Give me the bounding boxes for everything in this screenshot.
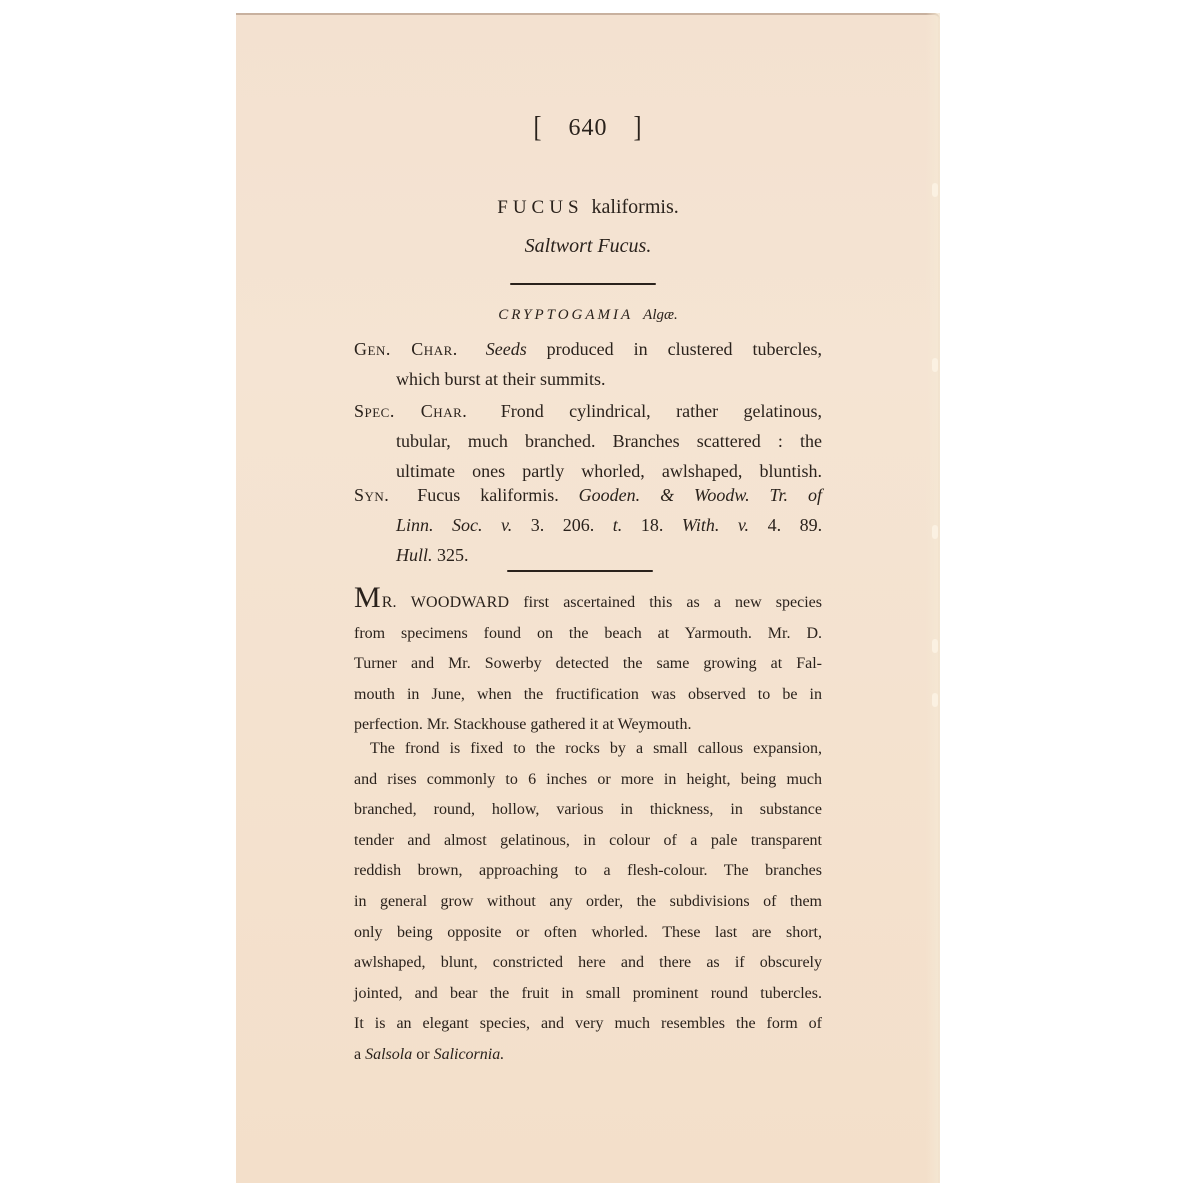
page-number-open-bracket: [ (534, 112, 543, 146)
page-number-value: 640 (569, 115, 608, 141)
paragraph-2-line-1: The frond is fixed to the rocks by a sma… (354, 734, 822, 765)
paragraph-2-line-11: a Salsola or Salicornia. (354, 1040, 822, 1071)
page-number: [640] (236, 115, 940, 142)
paragraph-2-line-4: tender and almost gelatinous, in colour … (354, 826, 822, 857)
title-genus: FUCUS (497, 197, 583, 218)
spec-char-line-1: Spec. Char. Frond cylindrical, rather ge… (354, 396, 822, 426)
spec-char-label: Spec. Char. (354, 401, 467, 421)
paragraph-2: The frond is fixed to the rocks by a sma… (354, 734, 822, 1071)
title-species: kaliformis. (592, 196, 679, 218)
book-page: [640] FUCUSkaliformis. Saltwort Fucus. C… (236, 13, 940, 1183)
paragraph-2-line-5: reddish brown, approaching to a flesh-co… (354, 856, 822, 887)
synonymy: Syn. Fucus kaliformis. Gooden. & Woodw. … (354, 480, 822, 570)
page-number-close-bracket: ] (634, 112, 643, 146)
syn-line-1: Syn. Fucus kaliformis. Gooden. & Woodw. … (354, 480, 822, 510)
paragraph-2-line-7: only being opposite or often whorled. Th… (354, 918, 822, 949)
page-edge-nick (932, 693, 938, 707)
paragraph-1-line-3: Turner and Mr. Sowerby detected the same… (354, 649, 822, 680)
paragraph-2-line-8: awlshaped, blunt, constricted here and t… (354, 948, 822, 979)
order: Algæ. (643, 307, 678, 323)
drop-cap: M (354, 581, 381, 614)
paragraph-2-line-9: jointed, and bear the fruit in small pro… (354, 979, 822, 1010)
page-edge-nick (932, 183, 938, 197)
paragraph-2-line-2: and rises commonly to 6 inches or more i… (354, 765, 822, 796)
syn-label: Syn. (354, 485, 389, 505)
divider-rule-top (510, 283, 656, 285)
syn-line-2: Linn. Soc. v. 3. 206. t. 18. With. v. 4.… (354, 510, 822, 540)
paragraph-2-line-10: It is an elegant species, and very much … (354, 1009, 822, 1040)
divider-rule-bottom (507, 570, 653, 572)
paragraph-1-line-4: mouth in June, when the fructification w… (354, 680, 822, 711)
classification: CRYPTOGAMIA (498, 307, 633, 323)
classification-line: CRYPTOGAMIAAlgæ. (236, 307, 940, 324)
page-title: FUCUSkaliformis. (236, 196, 940, 219)
gen-char-line-1: Gen. Char. Seeds produced in clustered t… (354, 334, 822, 364)
paragraph-2-line-6: in general grow without any order, the s… (354, 887, 822, 918)
paragraph-2-line-3: branched, round, hollow, various in thic… (354, 795, 822, 826)
page-edge-nick (932, 639, 938, 653)
paragraph-1-line-2: from specimens found on the beach at Yar… (354, 619, 822, 650)
page-edge-nick (932, 358, 938, 372)
gen-char-line-2: which burst at their summits. (354, 364, 822, 394)
paragraph-1-line-1: MR. WOODWARD first ascertained this as a… (354, 588, 822, 619)
specific-character: Spec. Char. Frond cylindrical, rather ge… (354, 396, 822, 486)
page-edge-nick (932, 525, 938, 539)
common-name: Saltwort Fucus. (236, 235, 940, 258)
generic-character: Gen. Char. Seeds produced in clustered t… (354, 334, 822, 394)
spec-char-line-2: tubular, much branched. Branches scatter… (354, 426, 822, 456)
syn-line-3: Hull. 325. (354, 540, 822, 570)
gen-char-label: Gen. Char. (354, 339, 458, 359)
paragraph-1: MR. WOODWARD first ascertained this as a… (354, 588, 822, 741)
